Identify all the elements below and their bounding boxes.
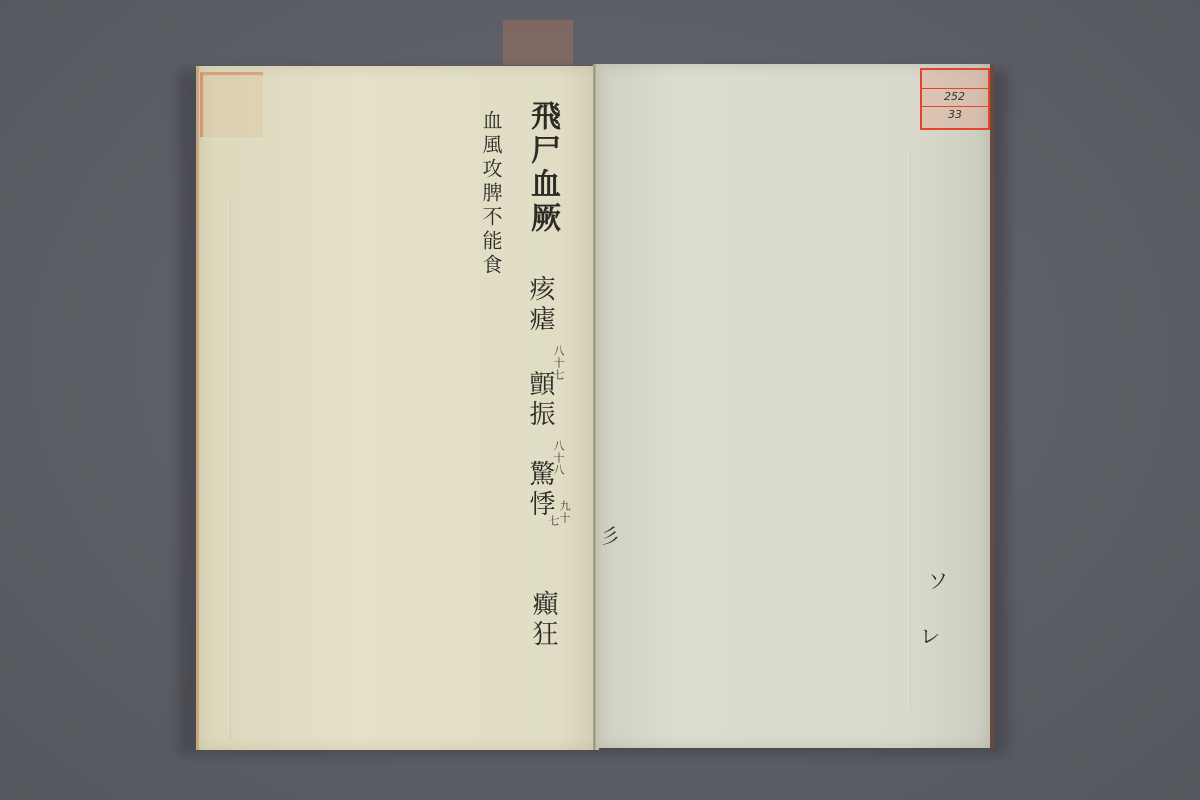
book-spine — [593, 64, 596, 750]
faint-ruled-line — [910, 150, 911, 710]
entry-text: 癲狂 — [525, 590, 562, 650]
margin-mark: ソ — [928, 565, 948, 594]
catalog-volume: 33 — [948, 108, 962, 121]
catalog-stamp: 252 33 — [920, 68, 990, 130]
margin-mark: レ — [920, 620, 940, 649]
stamp-divider — [922, 106, 988, 107]
catalog-number: 252 — [944, 90, 965, 103]
chapter-title: 飛尸血厥 — [520, 100, 564, 236]
stamp-divider — [922, 88, 988, 89]
entry-text: 驚悸 — [522, 460, 559, 520]
entry-text: 痎瘧 — [522, 275, 559, 335]
faint-ruled-line — [230, 200, 231, 740]
entry-text: 顫振 — [522, 370, 559, 430]
margin-mark: 彡 — [600, 520, 620, 549]
chapter-subtitle: 血風攻脾不能食 — [480, 110, 502, 278]
background-seal-mark — [503, 20, 573, 65]
faded-seal-stamp — [200, 72, 263, 137]
entry-note: 七 — [545, 515, 561, 527]
